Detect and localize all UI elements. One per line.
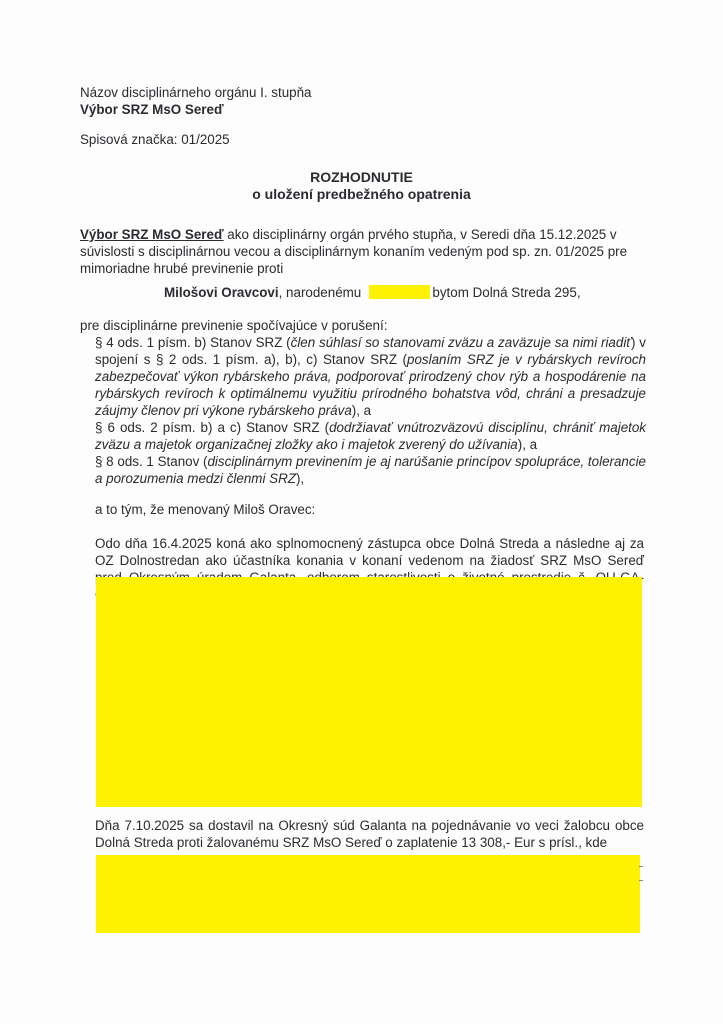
violation-item-1: § 4 ods. 1 písm. b) Stanov SRZ (člen súh… bbox=[95, 334, 646, 419]
scan-mark bbox=[639, 880, 643, 881]
redaction-block-1 bbox=[96, 577, 642, 807]
organ-label: Názov disciplinárneho orgánu I. stupňa bbox=[80, 84, 312, 101]
intro-line2: súvislosti s disciplinárnou vecou a disc… bbox=[80, 244, 627, 259]
scan-mark bbox=[639, 866, 643, 867]
redaction-block-2 bbox=[96, 855, 640, 933]
violation-item-2: § 6 ods. 2 písm. b) a c) Stanov SRZ (dod… bbox=[95, 419, 646, 453]
intro-paragraph: Výbor SRZ MsO Sereď ako disciplinárny or… bbox=[80, 226, 646, 277]
violation-item-3: § 8 ods. 1 Stanov (disciplinárnym previn… bbox=[95, 453, 646, 487]
document-title: ROZHODNUTIE bbox=[0, 169, 723, 186]
document-page: Názov disciplinárneho orgánu I. stupňa V… bbox=[0, 0, 723, 1024]
intro-organ: Výbor SRZ MsO Sereď bbox=[80, 227, 224, 242]
intro-line1: ako disciplinárny orgán prvého stupňa, v… bbox=[224, 227, 617, 242]
violations-intro: pre disciplinárne previnenie spočívajúce… bbox=[80, 317, 387, 334]
person-name: Milošovi Oravcovi bbox=[164, 285, 279, 300]
organ-name: Výbor SRZ MsO Sereď bbox=[80, 101, 224, 118]
redaction-birthdate bbox=[369, 285, 430, 299]
person-born: , narodenému bbox=[279, 285, 365, 300]
statement: a to tým, že menovaný Miloš Oravec: bbox=[95, 501, 315, 518]
paragraph-2: Dňa 7.10.2025 sa dostavil na Okresný súd… bbox=[95, 817, 644, 851]
file-number: Spisová značka: 01/2025 bbox=[80, 131, 230, 148]
document-subtitle: o uložení predbežného opatrenia bbox=[0, 186, 723, 203]
person-address: , bytom Dolná Streda 295, bbox=[425, 285, 581, 300]
intro-line3: mimoriadne hrubé previnenie proti bbox=[80, 261, 283, 276]
